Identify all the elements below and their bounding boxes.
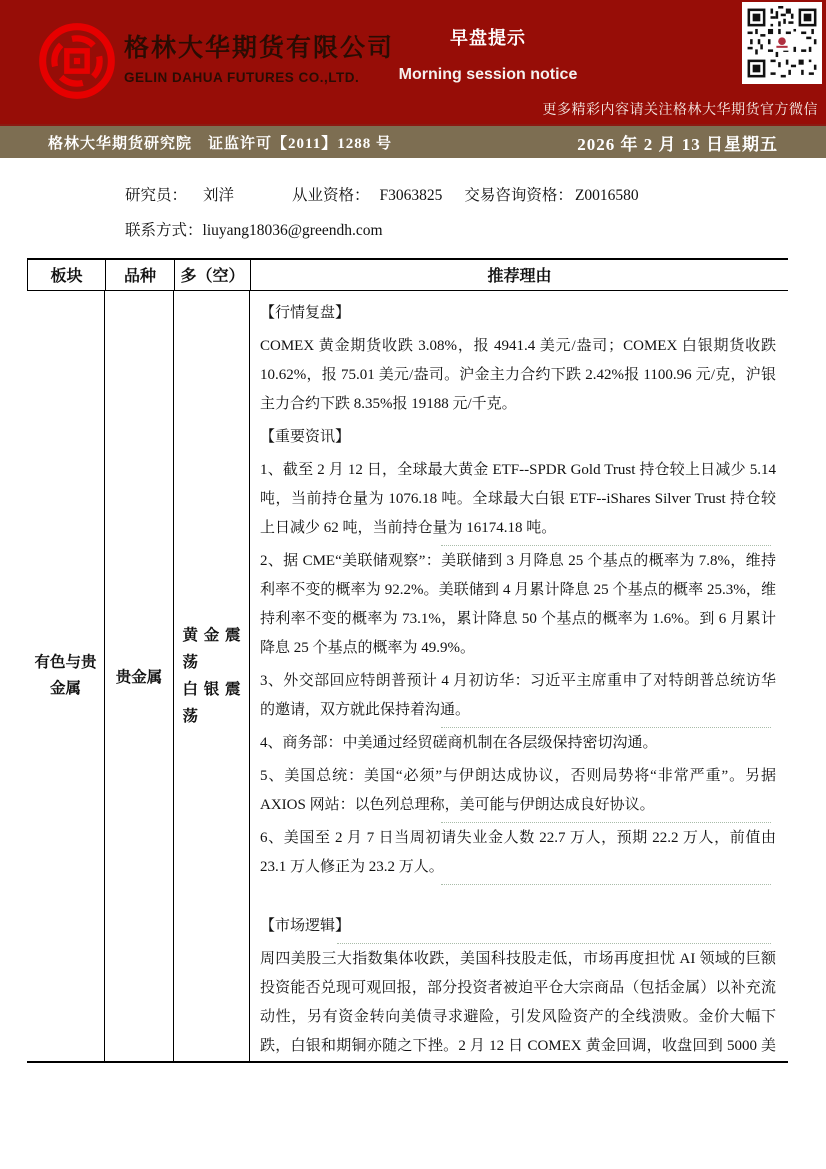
page-title-en: Morning session notice xyxy=(398,66,578,84)
news-item-6: 6、美国至 2 月 7 日当周初请失业金人数 22.7 万人，预期 22.2 万… xyxy=(260,824,776,882)
header-banner: 格林大华期货有限公司 GELIN DAHUA FUTURES CO.,LTD. … xyxy=(0,0,826,124)
position-gold: 黄金震荡 xyxy=(183,622,241,676)
cell-position: 黄金震荡 白银震荡 xyxy=(174,291,250,1061)
cell-reason: 【行情复盘】 COMEX 黄金期货收跌 3.08%，报 4941.4 美元/盎司… xyxy=(250,291,788,1061)
news-item-4: 4、商务部：中美通过经贸磋商机制在各层级保持密切沟通。 xyxy=(260,729,776,758)
page-title-zh: 早盘提示 xyxy=(398,24,578,50)
report-date: 2026 年 2 月 13 日星期五 xyxy=(577,130,826,155)
advisory-cert-label: 交易咨询资格： xyxy=(464,178,573,213)
cell-variety: 贵金属 xyxy=(105,291,174,1061)
researcher-info: 研究员：刘洋从业资格：F3063825交易咨询资格：Z0016580 联系方式：… xyxy=(125,178,826,248)
cert-number: F3063825 xyxy=(380,178,443,213)
institute-name: 格林大华期货研究院 xyxy=(48,136,192,152)
company-logo-icon xyxy=(38,22,116,100)
company-name-en: GELIN DAHUA FUTURES CO.,LTD. xyxy=(124,70,394,85)
advisory-cert-number: Z0016580 xyxy=(575,178,639,213)
license-number: 证监许可【2011】1288 号 xyxy=(208,136,392,152)
researcher-name: 刘洋 xyxy=(203,178,234,213)
institute-and-license: 格林大华期货研究院证监许可【2011】1288 号 xyxy=(0,132,392,153)
wechat-qr-code xyxy=(742,2,822,84)
contact-line: 联系方式：liuyang18036@greendh.com xyxy=(125,213,826,248)
col-header-reason: 推荐理由 xyxy=(251,260,788,290)
col-header-sector: 板块 xyxy=(28,260,106,290)
col-header-position: 多（空） xyxy=(175,260,251,290)
morning-notice-document: 格林大华期货有限公司 GELIN DAHUA FUTURES CO.,LTD. … xyxy=(0,0,826,1169)
section-heading-market-review: 【行情复盘】 xyxy=(260,299,776,328)
recommendation-table: 板块 品种 多（空） 推荐理由 有色与贵金属 贵金属 黄金震荡 白银震荡 【行情… xyxy=(27,258,788,1063)
cert-label: 从业资格： xyxy=(292,178,370,213)
paragraph-market-logic: 周四美股三大指数集体收跌，美国科技股走低，市场再度担忧 AI 领域的巨额投资能否… xyxy=(260,945,776,1061)
news-item-3: 3、外交部回应特朗普预计 4 月初访华：习近平主席重申了对特朗普总统访华的邀请，… xyxy=(260,667,776,725)
contact-label: 联系方式： xyxy=(125,213,203,248)
table-row: 有色与贵金属 贵金属 黄金震荡 白银震荡 【行情复盘】 COMEX 黄金期货收跌… xyxy=(27,291,788,1063)
paragraph-market-review: COMEX 黄金期货收跌 3.08%，报 4941.4 美元/盎司；COMEX … xyxy=(260,332,776,419)
position-silver: 白银震荡 xyxy=(183,676,241,730)
researcher-label: 研究员： xyxy=(125,178,187,213)
company-name-block: 格林大华期货有限公司 GELIN DAHUA FUTURES CO.,LTD. xyxy=(124,28,394,85)
section-heading-key-news: 【重要资讯】 xyxy=(260,423,776,452)
news-item-1: 1、截至 2 月 12 日，全球最大黄金 ETF--SPDR Gold Trus… xyxy=(260,456,776,543)
wechat-follow-note: 更多精彩内容请关注格林大华期货官方微信 xyxy=(543,99,819,119)
company-name-zh: 格林大华期货有限公司 xyxy=(124,28,394,64)
col-header-variety: 品种 xyxy=(106,260,175,290)
contact-email: liuyang18036@greendh.com xyxy=(203,213,383,248)
institute-bar: 格林大华期货研究院证监许可【2011】1288 号 2026 年 2 月 13 … xyxy=(0,124,826,158)
news-item-5: 5、美国总统：美国“必须”与伊朗达成协议，否则局势将“非常严重”。另据 AXIO… xyxy=(260,762,776,820)
section-heading-market-logic: 【市场逻辑】 xyxy=(260,912,776,941)
cell-sector: 有色与贵金属 xyxy=(27,291,105,1061)
document-title-block: 早盘提示 Morning session notice xyxy=(398,24,578,84)
researcher-line: 研究员：刘洋从业资格：F3063825交易咨询资格：Z0016580 xyxy=(125,178,826,213)
table-header-row: 板块 品种 多（空） 推荐理由 xyxy=(27,258,788,291)
news-item-2: 2、据 CME“美联储观察”：美联储到 3 月降息 25 个基点的概率为 7.8… xyxy=(260,547,776,663)
